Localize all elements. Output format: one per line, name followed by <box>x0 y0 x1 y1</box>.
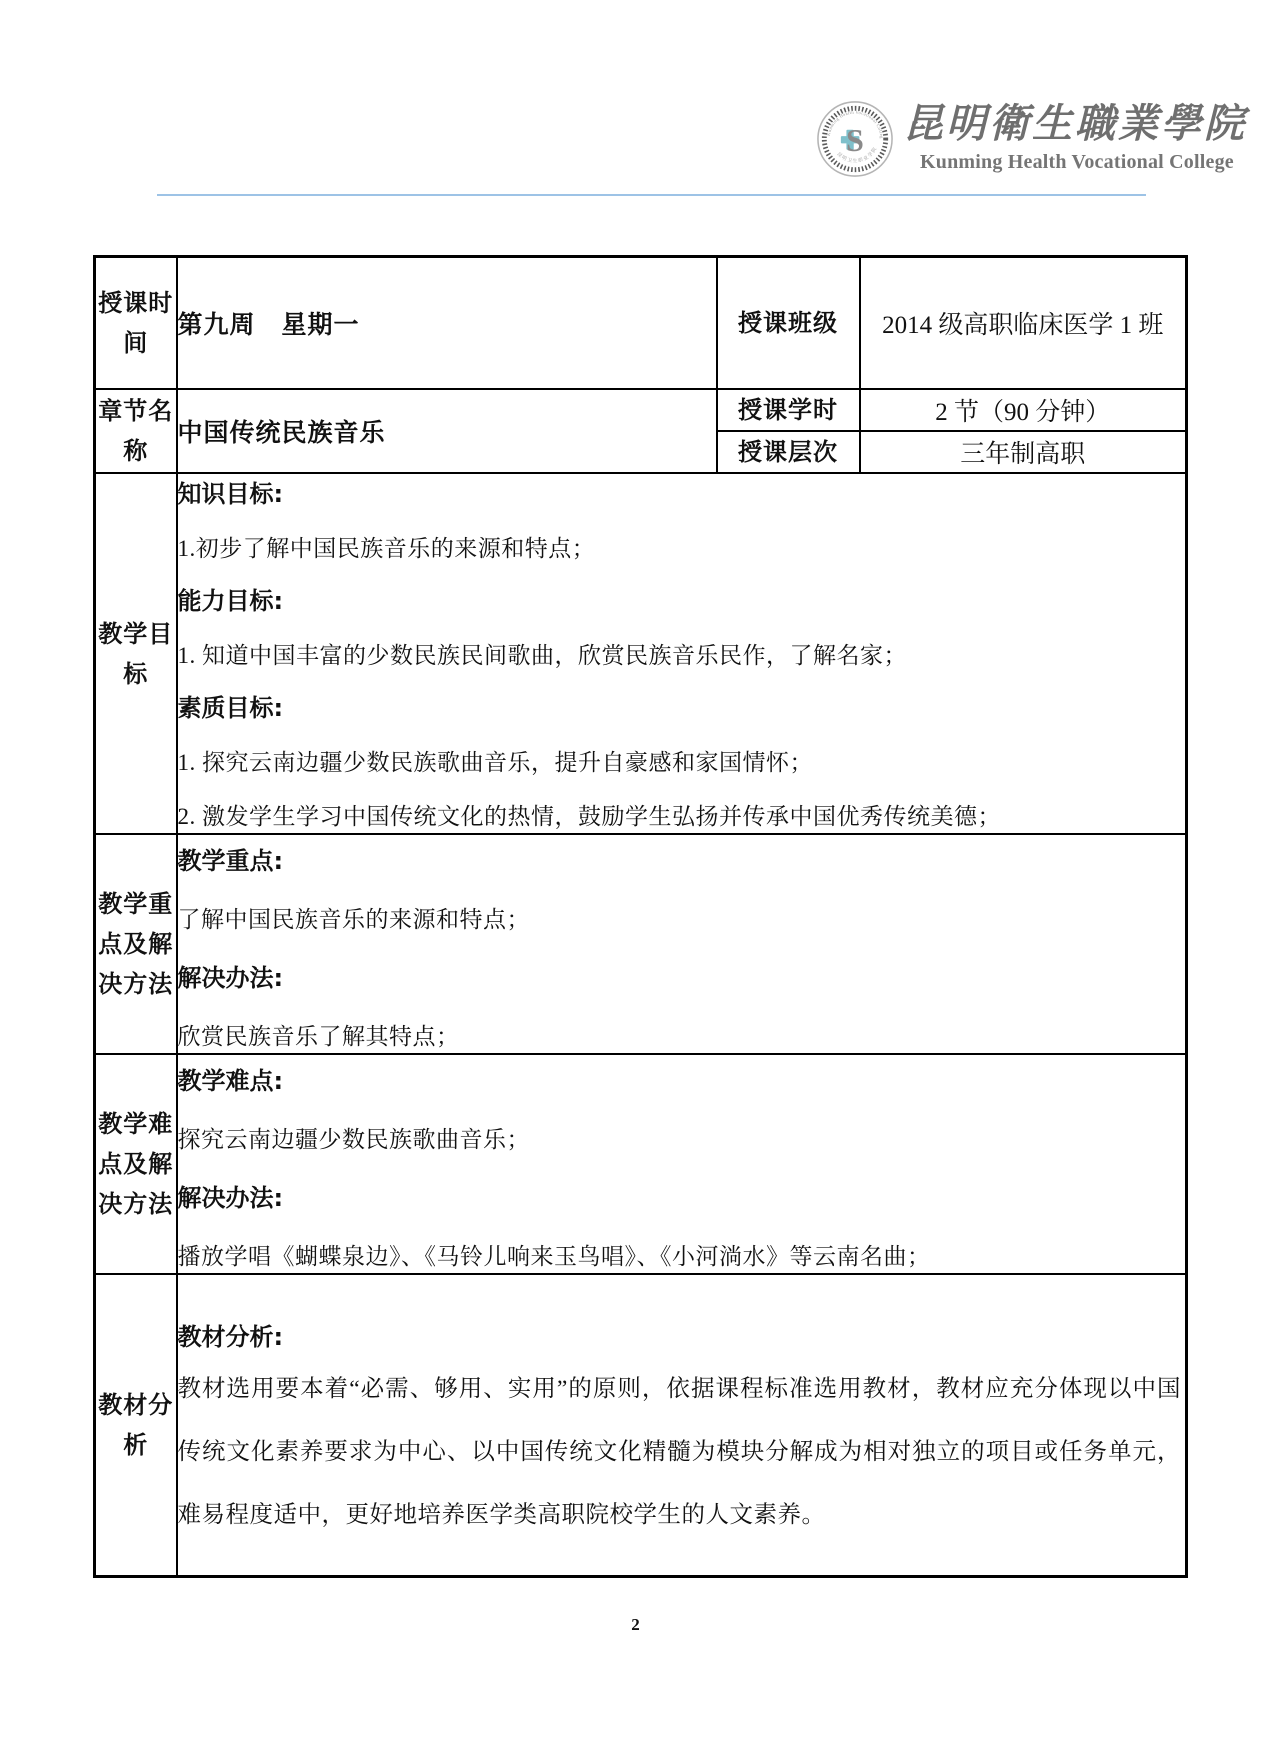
value-class-group: 2014 级高职临床医学 1 班 <box>860 257 1187 390</box>
label-teaching-focus: 教学重点及解决方法 <box>95 834 177 1054</box>
content-teaching-difficulty: 教学难点: 探究云南边疆少数民族歌曲音乐； 解决办法: 播放学唱《蝴蝶泉边》、《… <box>177 1054 1187 1274</box>
table-row-teaching-objectives: 教学目标 知识目标: 1.初步了解中国民族音乐的来源和特点； 能力目标: 1. … <box>95 473 1187 834</box>
header-divider <box>157 194 1146 196</box>
section-line: 1. 探究云南边疆少数民族歌曲音乐，提升自豪感和家国情怀； <box>178 747 1186 779</box>
document-page: Kunming Health Vocational College 昆明卫生职业… <box>0 0 1271 1763</box>
section-heading-solution: 解决办法: <box>178 962 1186 995</box>
value-chapter-title: 中国传统民族音乐 <box>177 389 717 473</box>
logo-dragon-s-icon: S <box>846 122 864 158</box>
table-row-teaching-focus: 教学重点及解决方法 教学重点: 了解中国民族音乐的来源和特点； 解决办法: 欣赏… <box>95 834 1187 1054</box>
label-teaching-objectives: 教学目标 <box>95 473 177 834</box>
content-teaching-focus: 教学重点: 了解中国民族音乐的来源和特点； 解决办法: 欣赏民族音乐了解其特点； <box>177 834 1187 1054</box>
section-line: 播放学唱《蝴蝶泉边》、《马铃儿响来玉鸟唱》、《小河淌水》等云南名曲； <box>178 1241 1186 1273</box>
college-name-en: Kunming Health Vocational College <box>920 151 1240 174</box>
value-class-week: 第九周 星期一 <box>177 257 717 390</box>
label-textbook-analysis: 教材分析 <box>95 1274 177 1577</box>
section-line: 2. 激发学生学习中国传统文化的热情，鼓励学生弘扬并传承中国优秀传统美德； <box>178 801 1186 833</box>
table-row-chapter: 章节名称 中国传统民族音乐 授课学时 2 节（90 分钟） <box>95 389 1187 431</box>
textbook-analysis-paragraph: 教材选用要本着“必需、够用、实用”的原则，依据课程标准选用教材，教材应充分体现以… <box>178 1358 1186 1547</box>
section-heading-solution: 解决办法: <box>178 1182 1186 1215</box>
value-class-level: 三年制高职 <box>860 431 1187 473</box>
section-heading-quality: 素质目标: <box>178 692 1186 725</box>
section-line: 探究云南边疆少数民族歌曲音乐； <box>178 1124 1186 1156</box>
section-line: 欣赏民族音乐了解其特点； <box>178 1021 1186 1053</box>
page-number: 2 <box>0 1615 1271 1635</box>
section-line: 1. 知道中国丰富的少数民族民间歌曲，欣赏民族音乐民作，了解名家； <box>178 640 1186 672</box>
college-logo: Kunming Health Vocational College 昆明卫生职业… <box>816 100 894 178</box>
table-row-class-time: 授课时间 第九周 星期一 授课班级 2014 级高职临床医学 1 班 <box>95 257 1187 390</box>
value-class-hours: 2 节（90 分钟） <box>860 389 1187 431</box>
content-teaching-objectives: 知识目标: 1.初步了解中国民族音乐的来源和特点； 能力目标: 1. 知道中国丰… <box>177 473 1187 834</box>
section-heading-analysis: 教材分析: <box>178 1321 1186 1354</box>
lesson-plan-table: 授课时间 第九周 星期一 授课班级 2014 级高职临床医学 1 班 章节名称 … <box>93 255 1188 1578</box>
label-chapter-name: 章节名称 <box>95 389 177 473</box>
label-class-time: 授课时间 <box>95 257 177 390</box>
label-teaching-difficulty: 教学难点及解决方法 <box>95 1054 177 1274</box>
section-line: 1.初步了解中国民族音乐的来源和特点； <box>178 533 1186 565</box>
section-heading-difficulty: 教学难点: <box>178 1065 1186 1098</box>
content-textbook-analysis: 教材分析: 教材选用要本着“必需、够用、实用”的原则，依据课程标准选用教材，教材… <box>177 1274 1187 1577</box>
college-name-zh: 昆明衛生職業學院 <box>903 92 1203 149</box>
label-class-hours: 授课学时 <box>717 389 860 431</box>
label-class-level: 授课层次 <box>717 431 860 473</box>
section-heading-focus: 教学重点: <box>178 845 1186 878</box>
table-row-teaching-difficulty: 教学难点及解决方法 教学难点: 探究云南边疆少数民族歌曲音乐； 解决办法: 播放… <box>95 1054 1187 1274</box>
section-heading-knowledge: 知识目标: <box>178 478 1186 511</box>
section-heading-ability: 能力目标: <box>178 585 1186 618</box>
section-line: 了解中国民族音乐的来源和特点； <box>178 904 1186 936</box>
label-class-group: 授课班级 <box>717 257 860 390</box>
table-row-textbook-analysis: 教材分析 教材分析: 教材选用要本着“必需、够用、实用”的原则，依据课程标准选用… <box>95 1274 1187 1577</box>
